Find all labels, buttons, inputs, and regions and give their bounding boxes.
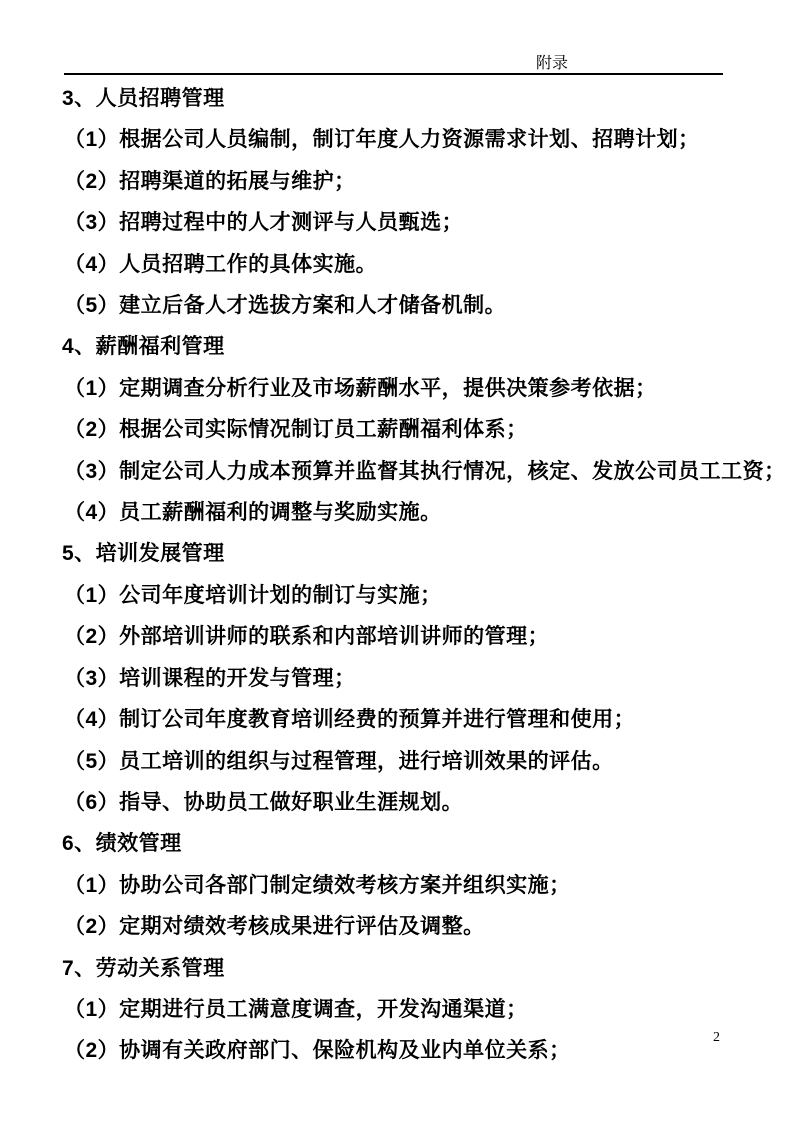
duty-item: （3）培训课程的开发与管理；	[61, 658, 751, 699]
duty-item: （2）招聘渠道的拓展与维护；	[61, 161, 751, 202]
duty-item: （2）协调有关政府部门、保险机构及业内单位关系；	[61, 1030, 751, 1071]
document-body: 3、人员招聘管理（1）根据公司人员编制，制订年度人力资源需求计划、招聘计划；（2…	[61, 78, 751, 1072]
page-number: 2	[713, 1030, 720, 1046]
duty-item: （1）协助公司各部门制定绩效考核方案并组织实施；	[61, 865, 751, 906]
duty-item: （1）定期进行员工满意度调查，开发沟通渠道；	[61, 989, 751, 1030]
section-heading: 6、绩效管理	[61, 823, 751, 864]
duty-item: （3）制定公司人力成本预算并监督其执行情况，核定、发放公司员工工资；	[61, 451, 751, 492]
duty-item: （5）建立后备人才选拔方案和人才储备机制。	[61, 285, 751, 326]
document-page: 附录 3、人员招聘管理（1）根据公司人员编制，制订年度人力资源需求计划、招聘计划…	[0, 0, 793, 1122]
section-heading: 3、人员招聘管理	[61, 78, 751, 119]
duty-item: （5）员工培训的组织与过程管理，进行培训效果的评估。	[61, 741, 751, 782]
section-heading: 7、劳动关系管理	[61, 948, 751, 989]
duty-item: （2）根据公司实际情况制订员工薪酬福利体系；	[61, 409, 751, 450]
duty-item: （4）人员招聘工作的具体实施。	[61, 244, 751, 285]
duty-item: （1）定期调查分析行业及市场薪酬水平，提供决策参考依据；	[61, 368, 751, 409]
duty-item: （1）根据公司人员编制，制订年度人力资源需求计划、招聘计划；	[61, 119, 751, 160]
header-rule	[64, 73, 723, 75]
section-heading: 4、薪酬福利管理	[61, 326, 751, 367]
duty-item: （2）定期对绩效考核成果进行评估及调整。	[61, 906, 751, 947]
duty-item: （3）招聘过程中的人才测评与人员甄选；	[61, 202, 751, 243]
section-heading: 5、培训发展管理	[61, 533, 751, 574]
duty-item: （4）制订公司年度教育培训经费的预算并进行管理和使用；	[61, 699, 751, 740]
duty-item: （1）公司年度培训计划的制订与实施；	[61, 575, 751, 616]
duty-item: （4）员工薪酬福利的调整与奖励实施。	[61, 492, 751, 533]
duty-item: （6）指导、协助员工做好职业生涯规划。	[61, 782, 751, 823]
page-header-title: 附录	[536, 50, 568, 73]
duty-item: （2）外部培训讲师的联系和内部培训讲师的管理；	[61, 616, 751, 657]
